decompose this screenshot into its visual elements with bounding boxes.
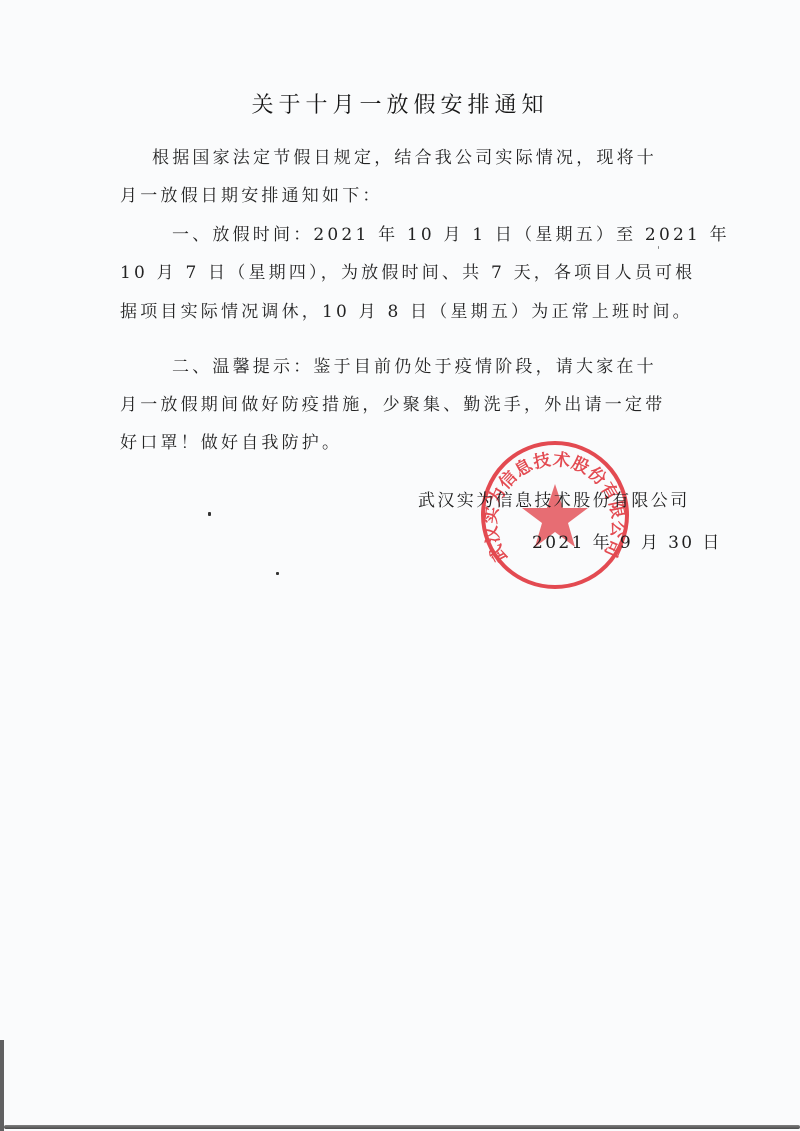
scan-speck bbox=[658, 246, 659, 249]
scanned-document-page: 关于十月一放假安排通知 根据国家法定节假日规定，结合我公司实际情况，现将十 月一… bbox=[0, 0, 800, 1131]
paragraph-3-line-1: 二、温馨提示：鉴于目前仍处于疫情阶段，请大家在十 bbox=[172, 352, 742, 377]
paragraph-1-line-1: 根据国家法定节假日规定，结合我公司实际情况，现将十 bbox=[152, 143, 722, 168]
paragraph-3-line-2: 月一放假期间做好防疫措施，少聚集、勤洗手，外出请一定带 bbox=[120, 390, 690, 415]
company-seal-stamp: 武汉实为信息技术股份有限公司 bbox=[478, 438, 632, 592]
signature-date: 2021 年 9 月 30 日 bbox=[532, 528, 722, 553]
paragraph-2-line-2: 10 月 7 日（星期四），为放假时间、共 7 天，各项目人员可根 bbox=[120, 258, 690, 283]
scan-edge-left bbox=[0, 1040, 4, 1131]
document-title: 关于十月一放假安排通知 bbox=[0, 88, 800, 119]
paragraph-1-line-2: 月一放假日期安排通知如下： bbox=[120, 181, 690, 206]
paragraph-2-line-3: 据项目实际情况调休，10 月 8 日（星期五）为正常上班时间。 bbox=[120, 297, 690, 322]
scan-speck bbox=[208, 512, 211, 516]
scan-speck bbox=[276, 572, 279, 575]
signature-company: 武汉实为信息技术股份有限公司 bbox=[418, 486, 690, 511]
paragraph-2-line-1: 一、放假时间：2021 年 10 月 1 日（星期五）至 2021 年 bbox=[172, 220, 742, 245]
scan-edge-bottom bbox=[4, 1125, 800, 1129]
